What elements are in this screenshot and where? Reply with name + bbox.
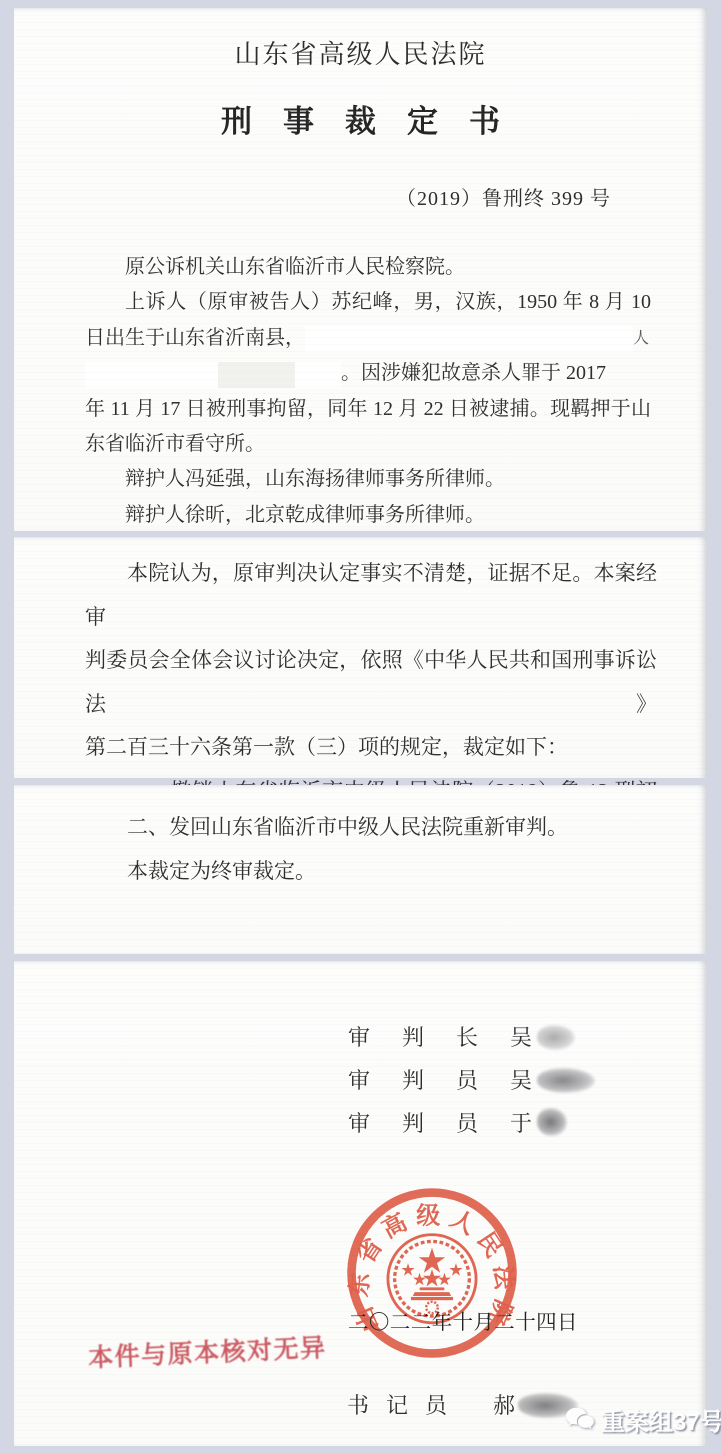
opinion-line-2: 判委员会全体会议讨论决定，依照《中华人民共和国刑事诉讼法》 [85, 639, 657, 726]
news-watermark: 重案组37号 [565, 1402, 721, 1437]
appellant-line-3-text: 。因涉嫌犯故意杀人罪于 2017 [341, 362, 606, 384]
clerk-row: 书记员郝 [347, 1389, 578, 1420]
judge-title: 审判长 [348, 1025, 510, 1050]
chat-bubbles-icon [565, 1406, 595, 1434]
judge-title: 审判员 [348, 1068, 510, 1093]
defender-line-1: 辩护人冯延强，山东海扬律师事务所律师。 [85, 462, 651, 497]
redaction-box [85, 362, 341, 388]
verification-stamp: 本件与原本核对无异 [87, 1328, 333, 1375]
prosecutor-line: 原公诉机关山东省临沂市人民检察院。 [85, 250, 651, 285]
document-title: 刑事裁定书 [14, 96, 707, 141]
judge-surname: 吴 [510, 1068, 534, 1093]
redaction-box [305, 326, 633, 352]
appellant-line-1: 上诉人（原审被告人）苏纪峰，男，汉族，1950 年 8 月 10 [85, 285, 651, 320]
redacted-name-smudge [537, 1068, 595, 1093]
appellant-line-4: 年 11 月 17 日被刑事拘留，同年 12 月 22 日被逮捕。现羁押于山 [85, 392, 651, 427]
ruling-line-2: 本裁定为终审裁定。 [85, 850, 657, 894]
parties-paragraphs: 原公诉机关山东省临沂市人民检察院。 上诉人（原审被告人）苏纪峰，男，汉族，195… [85, 250, 651, 533]
redacted-name-smudge [537, 1025, 575, 1050]
clerk-title: 书记员 [347, 1393, 464, 1418]
court-name: 山东省高级人民法院 [14, 34, 707, 71]
redacted-name-smudge [537, 1108, 567, 1136]
opinion-line-3: 第二百三十六条第一款（三）项的规定，裁定如下： [85, 726, 657, 770]
opinion-line-1: 本院认为，原审判决认定事实不清楚，证据不足。本案经审 [85, 552, 657, 639]
ruling-date: 二〇二二年十月二十四日 [348, 1305, 578, 1335]
scanned-court-document: 山东省高级人民法院 刑事裁定书 （2019）鲁刑终 399 号 原公诉机关山东省… [0, 0, 721, 1454]
defender-line-2: 辩护人徐昕，北京乾成律师事务所律师。 [85, 498, 651, 533]
appellant-line-3: 。因涉嫌犯故意杀人罪于 2017 [85, 356, 651, 391]
partial-character: 人 [633, 321, 651, 356]
case-number: （2019）鲁刑终 399 号 [396, 182, 611, 211]
clerk-surname: 郝 [493, 1393, 515, 1418]
document-opinion-block: 本院认为，原审判决认定事实不清楚，证据不足。本案经审 判委员会全体会议讨论决定，… [14, 537, 707, 778]
ruling-paragraphs: 二、发回山东省临沂市中级人民法院重新审判。 本裁定为终审裁定。 [85, 806, 657, 893]
appellant-line-2-text: 日出生于山东省沂南县， [85, 321, 305, 356]
document-ruling-block: 二、发回山东省临沂市中级人民法院重新审判。 本裁定为终审裁定。 [14, 785, 707, 954]
judge-title: 审判员 [348, 1111, 510, 1136]
ruling-line-1: 二、发回山东省临沂市中级人民法院重新审判。 [85, 806, 657, 850]
document-page-header-block: 山东省高级人民法院 刑事裁定书 （2019）鲁刑终 399 号 原公诉机关山东省… [14, 8, 707, 531]
judge-row-2: 审判员吴 [348, 1064, 595, 1095]
appellant-line-2: 日出生于山东省沂南县， 人 [85, 321, 651, 356]
judge-row-3: 审判员于 [348, 1107, 567, 1138]
watermark-label: 重案组37号 [601, 1402, 721, 1437]
judge-surname: 于 [510, 1111, 534, 1136]
document-signature-block: 审判长吴 审判员吴 审判员于 山东省高级人民法院 [14, 961, 707, 1446]
court-seal: 山东省高级人民法院 [341, 1182, 523, 1364]
appellant-line-5: 东省临沂市看守所。 [85, 427, 651, 462]
judge-surname: 吴 [510, 1025, 534, 1050]
judge-row-1: 审判长吴 [348, 1021, 575, 1052]
